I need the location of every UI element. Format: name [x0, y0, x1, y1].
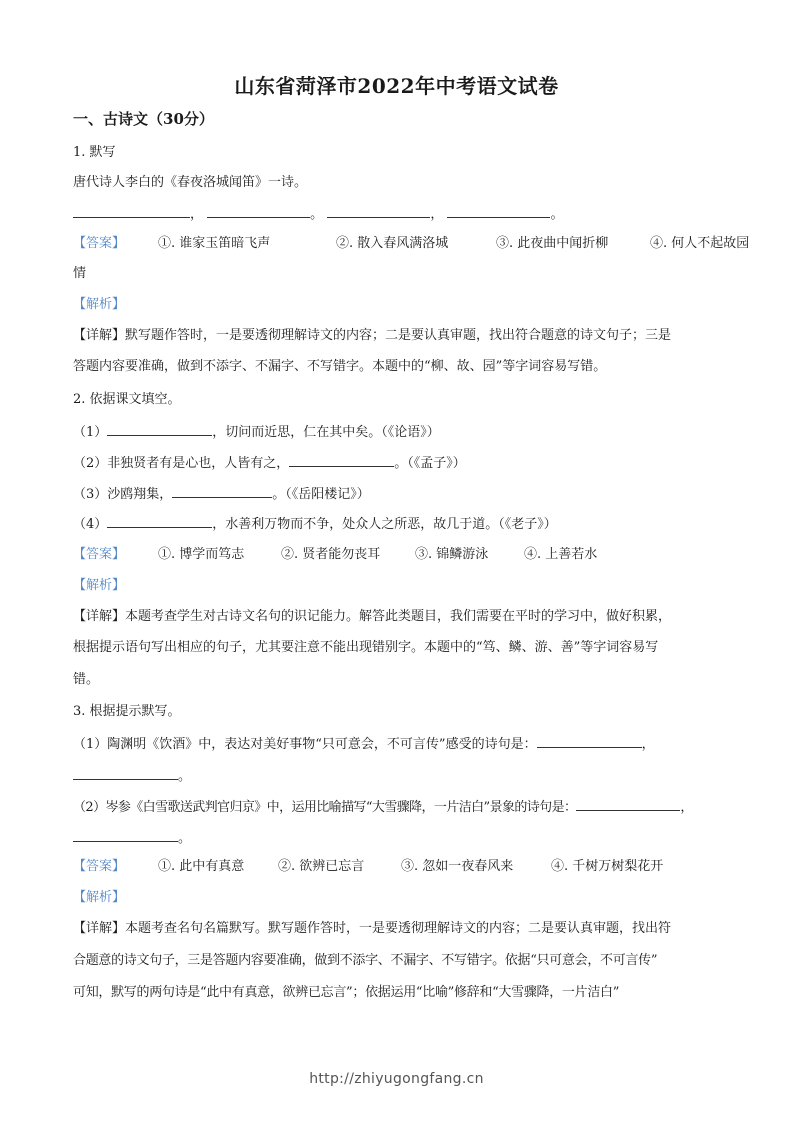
q3-item-2: （2）岑参《白雪歌送武判官归京》中，运用比喻描写“大雪骤降，一片洁白”景象的诗句… [73, 798, 693, 816]
q2-item-1: （1），切问而近思，仁在其中矣。（《论语》） [73, 423, 440, 441]
q2-detail-2: 根据提示语句写出相应的句子，尤其要注意不能出现错别字。本题中的“笃、鳞、游、善”… [73, 640, 658, 656]
answer-blank[interactable] [73, 205, 190, 218]
answer-item: ③. 此夜曲中闻折柳 [496, 236, 608, 252]
q2-detail-3: 错。 [73, 672, 99, 688]
q3-item-1-cont: 。 [73, 767, 191, 785]
answer-item: ③. 锦鳞游泳 [415, 547, 488, 563]
answer-item: ④. 上善若水 [524, 547, 597, 563]
answer-item: ④. 千树万树梨花开 [551, 859, 663, 875]
q2-item-3: （3）沙鸥翔集，。（《岳阳楼记》） [73, 485, 370, 503]
q2-detail-1: 【详解】本题考查学生对古诗文名句的识记能力。解答此类题目，我们需要在平时的学习中… [73, 609, 671, 625]
answer-blank[interactable] [576, 798, 680, 811]
answer-item: ④. 何人不起故园 [650, 236, 749, 252]
answer-blank[interactable] [537, 735, 642, 748]
footer-url[interactable]: http://zhiyugongfang.cn [0, 1071, 793, 1087]
q1-prompt: 唐代诗人李白的《春夜洛城闻笛》一诗。 [73, 175, 307, 191]
q3-item-1: （1）陶渊明《饮酒》中，表达对美好事物“只可意会，不可言传”感受的诗句是：， [73, 735, 655, 753]
answer-label: 【答案】 [73, 547, 125, 562]
answer-blank[interactable] [107, 515, 212, 528]
q3-answer-row: 【答案】 ①. 此中有真意 ②. 欲辨已忘言 ③. 忽如一夜春风来 ④. 千树万… [73, 859, 125, 875]
section-heading: 一、古诗文（30分） [73, 108, 214, 129]
q2-heading: 2. 依据课文填空。 [73, 392, 181, 408]
q3-detail-3: 可知，默写的两句诗是“此中有真意，欲辨已忘言”；依据运用“比喻”修辞和“大雪骤降… [73, 985, 619, 1001]
q1-answer-wrap: 情 [73, 266, 86, 282]
q3-heading: 3. 根据提示默写。 [73, 704, 181, 720]
q1-heading: 1. 默写 [73, 145, 116, 161]
q1-detail-2: 答题内容要准确，做到不添字、不漏字、不写错字。本题中的“柳、故、园”等字词容易写… [73, 359, 606, 375]
analysis-label: 【解析】 [73, 890, 125, 906]
q1-detail-1: 【详解】默写题作答时，一是要透彻理解诗文的内容；二是要认真审题，找出符合题意的诗… [73, 328, 671, 344]
answer-label: 【答案】 [73, 859, 125, 874]
q1-blanks: ， 。 ， 。 [73, 205, 563, 223]
q3-item-2-cont: 。 [73, 829, 191, 847]
exam-page: 山东省菏泽市2022年中考语文试卷 一、古诗文（30分） 1. 默写 唐代诗人李… [0, 0, 793, 1122]
page-title: 山东省菏泽市2022年中考语文试卷 [0, 70, 793, 99]
answer-item: ①. 此中有真意 [158, 859, 244, 875]
q1-answer-row: 【答案】 ①. 谁家玉笛暗飞声 ②. 散入春风满洛城 ③. 此夜曲中闻折柳 ④.… [73, 236, 125, 252]
answer-item: ②. 欲辨已忘言 [278, 859, 364, 875]
q3-detail-2: 合题意的诗文句子，三是答题内容要准确，做到不添字、不漏字、不写错字。依据“只可意… [73, 953, 657, 969]
answer-item: ②. 贤者能勿丧耳 [281, 547, 380, 563]
answer-label: 【答案】 [73, 236, 125, 251]
analysis-label: 【解析】 [73, 578, 125, 594]
q2-answer-row: 【答案】 ①. 博学而笃志 ②. 贤者能勿丧耳 ③. 锦鳞游泳 ④. 上善若水 [73, 547, 125, 563]
answer-item: ②. 散入春风满洛城 [336, 236, 448, 252]
answer-blank[interactable] [207, 205, 310, 218]
answer-item: ③. 忽如一夜春风来 [401, 859, 513, 875]
answer-blank[interactable] [327, 205, 430, 218]
q2-item-2: （2）非独贤者有是心也，人皆有之，。（《孟子》） [73, 454, 466, 472]
answer-item: ①. 谁家玉笛暗飞声 [158, 236, 270, 252]
answer-blank[interactable] [107, 423, 212, 436]
answer-blank[interactable] [289, 454, 394, 467]
q2-item-4: （4），水善利万物而不争，处众人之所恶，故几于道。（《老子》） [73, 515, 557, 533]
answer-blank[interactable] [447, 205, 550, 218]
answer-blank[interactable] [73, 767, 178, 780]
answer-blank[interactable] [172, 485, 272, 498]
answer-blank[interactable] [73, 829, 178, 842]
answer-item: ①. 博学而笃志 [158, 547, 244, 563]
analysis-label: 【解析】 [73, 297, 125, 313]
q3-detail-1: 【详解】本题考查名句名篇默写。默写题作答时，一是要透彻理解诗文的内容；二是要认真… [73, 921, 671, 937]
